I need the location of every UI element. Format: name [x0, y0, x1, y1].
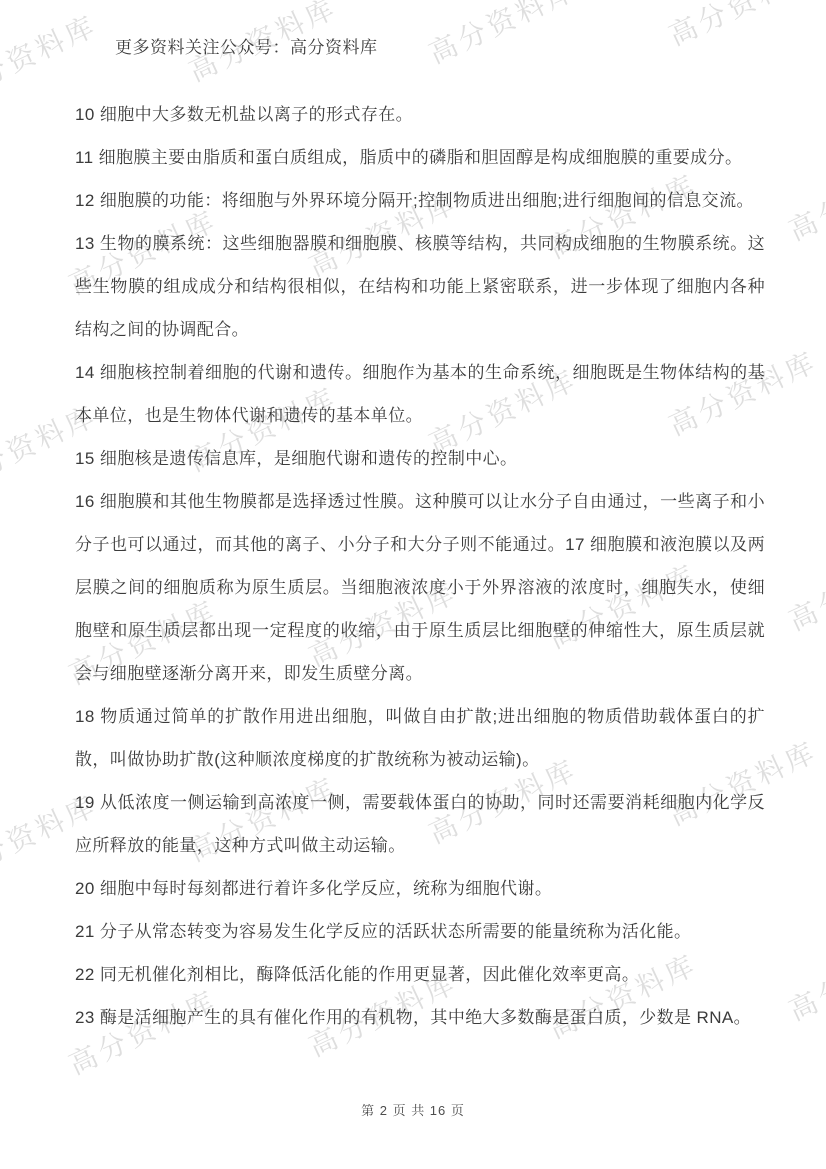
- paragraph: 22 同无机催化剂相比，酶降低活化能的作用更显著，因此催化效率更高。: [75, 953, 765, 996]
- paragraph: 12 细胞膜的功能：将细胞与外界环境分隔开;控制物质进出细胞;进行细胞间的信息交…: [75, 179, 765, 222]
- watermark-text: 高分资料库: [782, 535, 826, 639]
- page-footer: 第 2 页 共 16 页: [0, 1100, 826, 1119]
- document-body: 10 细胞中大多数无机盐以离子的形式存在。11 细胞膜主要由脂质和蛋白质组成，脂…: [75, 93, 765, 1039]
- paragraph: 11 细胞膜主要由脂质和蛋白质组成，脂质中的磷脂和胆固醇是构成细胞膜的重要成分。: [75, 136, 765, 179]
- paragraph: 16 细胞膜和其他生物膜都是选择透过性膜。这种膜可以让水分子自由通过，一些离子和…: [75, 480, 765, 695]
- paragraph: 18 物质通过简单的扩散作用进出细胞，叫做自由扩散;进出细胞的物质借助载体蛋白的…: [75, 695, 765, 781]
- paragraph: 21 分子从常态转变为容易发生化学反应的活跃状态所需要的能量统称为活化能。: [75, 910, 765, 953]
- paragraph: 15 细胞核是遗传信息库，是细胞代谢和遗传的控制中心。: [75, 437, 765, 480]
- paragraph: 13 生物的膜系统：这些细胞器膜和细胞膜、核膜等结构，共同构成细胞的生物膜系统。…: [75, 222, 765, 351]
- watermark-text: 高分资料库: [782, 145, 826, 249]
- page-header: 更多资料关注公众号：高分资料库: [115, 33, 378, 58]
- paragraph: 14 细胞核控制着细胞的代谢和遗传。细胞作为基本的生命系统，细胞既是生物体结构的…: [75, 351, 765, 437]
- paragraph: 20 细胞中每时每刻都进行着许多化学反应，统称为细胞代谢。: [75, 867, 765, 910]
- paragraph: 10 细胞中大多数无机盐以离子的形式存在。: [75, 93, 765, 136]
- paragraph: 23 酶是活细胞产生的具有催化作用的有机物，其中绝大多数酶是蛋白质，少数是 RN…: [75, 996, 765, 1039]
- watermark-text: 高分资料库: [782, 925, 826, 1029]
- paragraph: 19 从低浓度一侧运输到高浓度一侧，需要载体蛋白的协助，同时还需要消耗细胞内化学…: [75, 781, 765, 867]
- watermark-text: 高分资料库: [422, 0, 584, 72]
- document-page: 高分资料库高分资料库高分资料库高分资料库高分资料库高分资料库高分资料库高分资料库…: [0, 0, 826, 1169]
- watermark-text: 高分资料库: [662, 0, 824, 54]
